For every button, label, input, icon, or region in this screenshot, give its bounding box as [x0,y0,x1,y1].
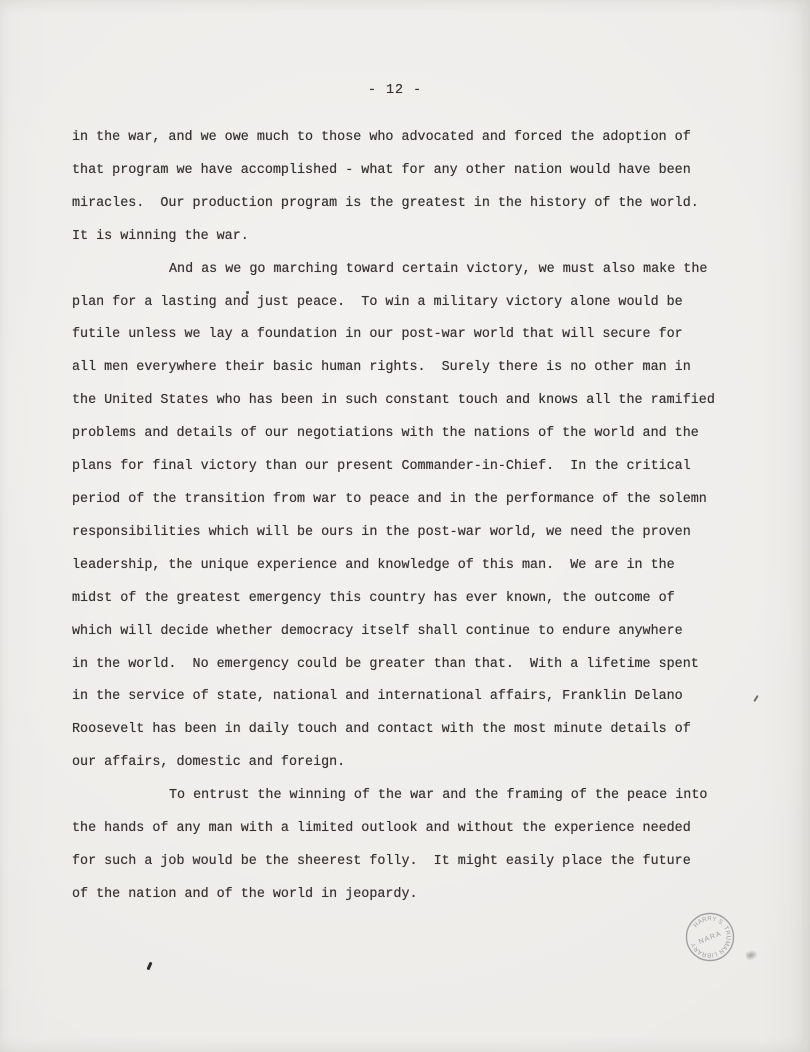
paragraph: in the war, and we owe much to those who… [72,122,762,254]
paragraph: And as we go marching toward certain vic… [72,254,762,781]
document-body: in the war, and we owe much to those who… [72,122,762,912]
document-page: - 12 - in the war, and we owe much to th… [0,0,810,1052]
smudge-mark [745,949,759,962]
stray-dot-mark [246,291,249,294]
archive-stamp: HARRY S. TRUMAN LIBRARY NARA [668,895,752,979]
stamp-center-text: NARA [698,930,723,946]
ink-mark [147,962,153,971]
page-number: - 12 - [72,74,718,107]
stamp-seal-icon: HARRY S. TRUMAN LIBRARY NARA [668,895,752,979]
paragraph: To entrust the winning of the war and th… [72,780,762,912]
